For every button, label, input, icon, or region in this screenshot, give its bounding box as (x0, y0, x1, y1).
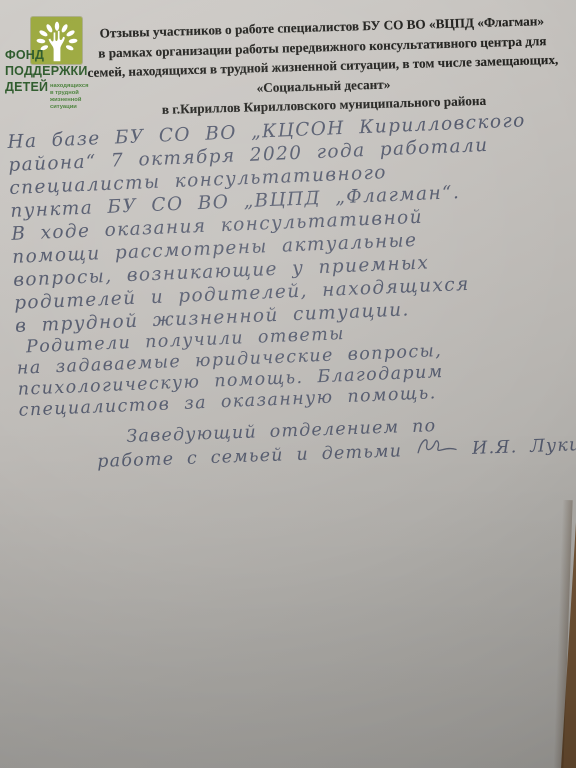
logo-tagline: находящихся в трудной жизненной ситуации (50, 83, 88, 111)
logo-tagline-line: в трудной (50, 90, 88, 97)
signature-stroke-icon (416, 435, 459, 458)
photo-of-document: { "photo": { "paper_color": "#bdbab6", "… (0, 0, 576, 768)
logo-tagline-line: находящихся (50, 83, 88, 90)
logo-tagline-line: жизненной (50, 97, 88, 104)
paper-sheet: ФОНД ПОДДЕРЖКИ ДЕТЕЙ находящихся в трудн… (0, 0, 576, 768)
signature-block: Заведующий отделением по работе с семьей… (96, 410, 567, 474)
logo-name-line: ФОНД (5, 48, 44, 62)
logo-name-line: ДЕТЕЙ (5, 80, 48, 94)
document-heading: Отзывы участников о работе специалистов … (85, 11, 562, 122)
signature-name: И.Я. Лукинина (472, 431, 576, 461)
logo-tagline-line: ситуации (50, 104, 88, 111)
handwritten-review: На базе БУ СО ВО „КЦСОН Кирилловского ра… (7, 107, 576, 421)
logo-name-line: ПОДДЕРЖКИ (5, 64, 88, 78)
